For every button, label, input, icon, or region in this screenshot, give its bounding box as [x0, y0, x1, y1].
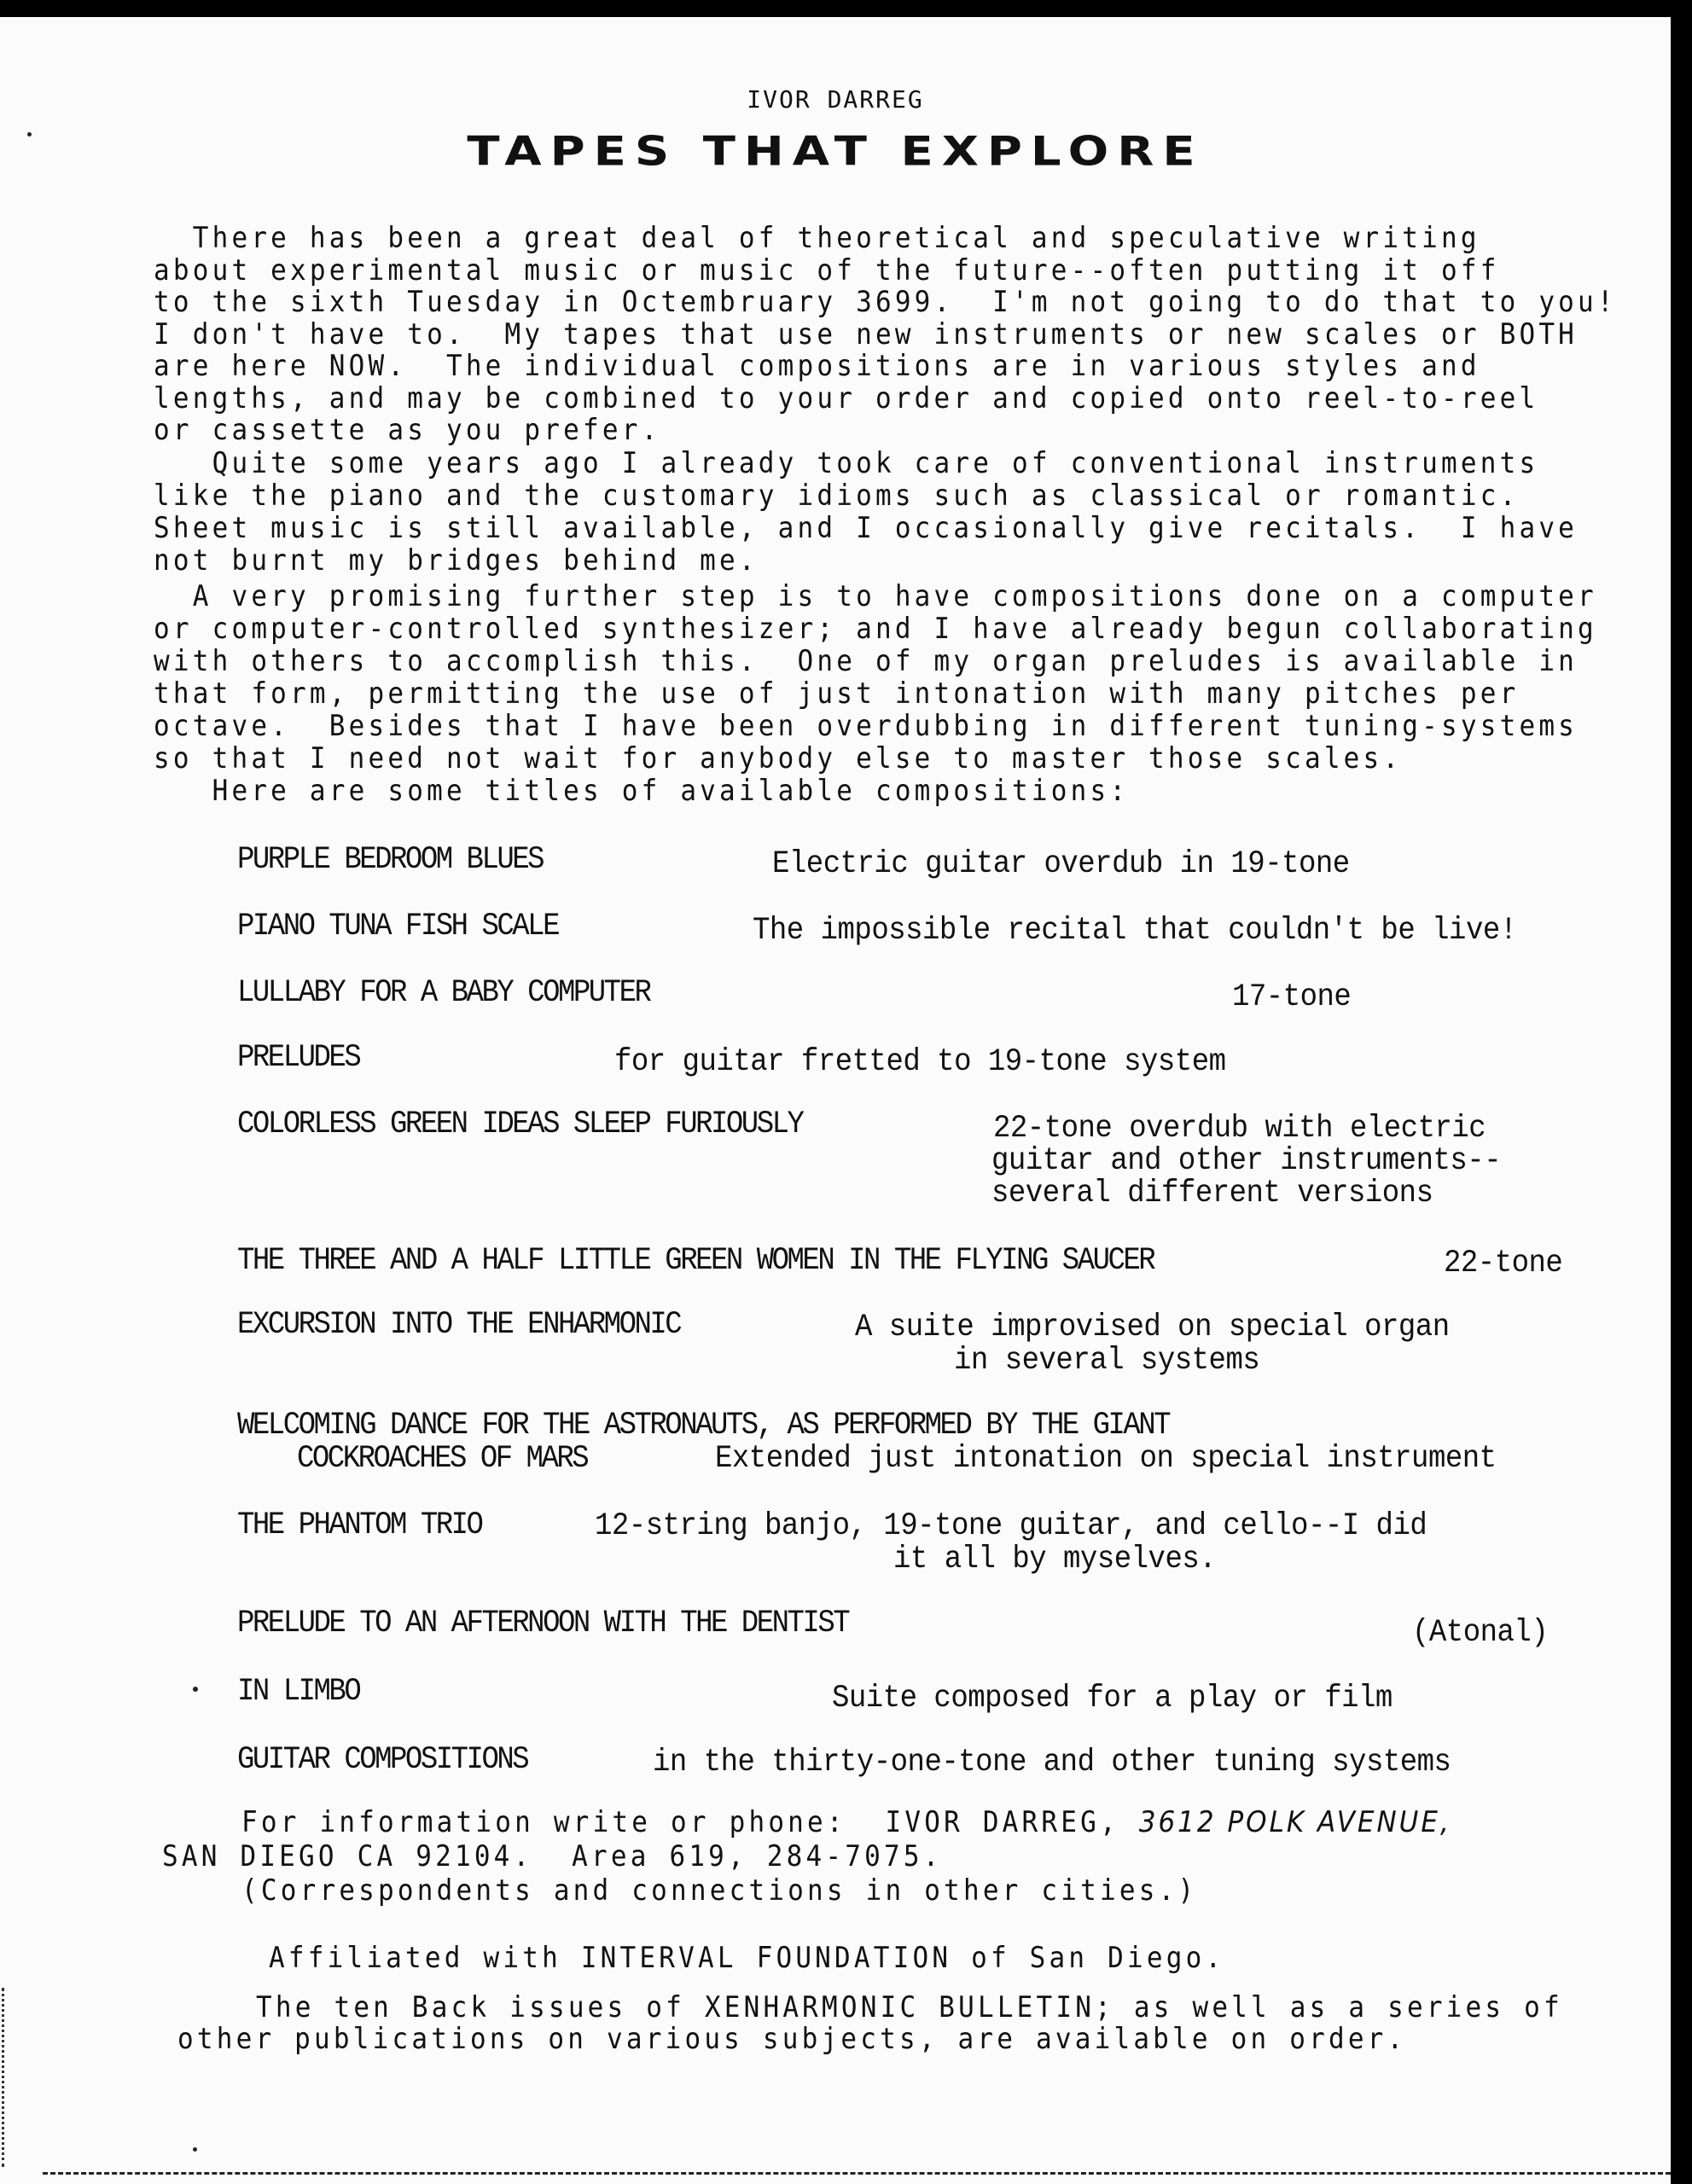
intro-line: about experimental music or music of the… — [154, 257, 1500, 285]
intro-line: not burnt my bridges behind me. — [154, 547, 759, 575]
intro-line: like the piano and the customary idioms … — [154, 482, 1519, 510]
intro-line: Sheet music is still available, and I oc… — [154, 514, 1578, 543]
composition-title: IN LIMBO — [237, 1676, 359, 1708]
composition-title: PRELUDE TO AN AFTERNOON WITH THE DENTIST — [237, 1608, 848, 1640]
page-bottom-rule — [43, 2172, 1671, 2175]
composition-description: (Atonal) — [1412, 1618, 1548, 1649]
intro-line: to the sixth Tuesday in Octembruary 3699… — [154, 288, 1617, 317]
intro-line: lengths, and may be combined to your ord… — [154, 385, 1538, 413]
composition-description: in several systems — [954, 1345, 1259, 1377]
composition-description: A suite improvised on special organ — [855, 1312, 1450, 1344]
composition-description: Electric guitar overdub in 19-tone — [772, 849, 1350, 880]
intro-line: are here NOW. The individual composition… — [154, 352, 1480, 380]
composition-description: several different versions — [991, 1178, 1433, 1210]
contact-typed: For information write or phone: IVOR DAR… — [241, 1806, 1139, 1839]
composition-description: in the thirty-one-tone and other tuning … — [653, 1747, 1451, 1779]
handwritten-address: 3612 POLK AVENUE, — [1139, 1806, 1451, 1839]
scan-top-border — [0, 0, 1692, 17]
composition-description: guitar and other instruments-- — [991, 1146, 1501, 1177]
scan-right-border — [1671, 0, 1692, 2184]
affiliation-line: Affiliated with INTERVAL FOUNDATION of S… — [269, 1944, 1224, 1972]
intro-line: There has been a great deal of theoretic… — [154, 224, 1480, 253]
contact-line: SAN DIEGO CA 92104. Area 619, 284-7075. — [162, 1843, 943, 1871]
composition-title: EXCURSION INTO THE ENHARMONIC — [237, 1310, 680, 1341]
intro-line: A very promising further step is to have… — [154, 583, 1597, 611]
composition-title: COLORLESS GREEN IDEAS SLEEP FURIOUSLY — [237, 1109, 802, 1141]
intro-line: with others to accomplish this. One of m… — [154, 648, 1578, 676]
intro-line: or cassette as you prefer. — [154, 416, 660, 444]
composition-description: Extended just intonation on special inst… — [715, 1443, 1497, 1475]
composition-title: PURPLE BEDROOM BLUES — [237, 845, 543, 876]
intro-line: Quite some years ago I already took care… — [154, 450, 1538, 478]
contact-line: (Correspondents and connections in other… — [241, 1877, 1197, 1905]
composition-description: 22-tone — [1444, 1248, 1562, 1280]
composition-title: THE PHANTOM TRIO — [237, 1510, 481, 1542]
page-title: TAPES THAT EXPLORE — [0, 128, 1671, 175]
composition-description: 17-tone — [1232, 982, 1351, 1014]
composition-title-continued: COCKROACHES OF MARS — [297, 1443, 587, 1475]
composition-title: WELCOMING DANCE FOR THE ASTRONAUTS, AS P… — [237, 1410, 1169, 1442]
composition-title: PRELUDES — [237, 1043, 359, 1074]
composition-description: for guitar fretted to 19-tone system — [614, 1047, 1226, 1078]
bullet-mark — [193, 1687, 198, 1692]
composition-title: THE THREE AND A HALF LITTLE GREEN WOMEN … — [237, 1246, 1154, 1277]
composition-description: 22-tone overdub with electric — [993, 1113, 1486, 1145]
composition-description: Suite composed for a play or film — [832, 1683, 1393, 1715]
composition-description: it all by myselves. — [893, 1544, 1216, 1576]
intro-line: that form, permitting the use of just in… — [154, 680, 1519, 708]
composition-description: 12-string banjo, 19-tone guitar, and cel… — [595, 1511, 1427, 1542]
backissues-line: other publications on various subjects, … — [177, 2025, 1406, 2053]
intro-line: Here are some titles of available compos… — [154, 777, 1129, 805]
composition-title: GUITAR COMPOSITIONS — [237, 1745, 527, 1776]
intro-line: octave. Besides that I have been overdub… — [154, 712, 1578, 741]
scan-speck — [193, 2147, 197, 2152]
author-name: IVOR DARREG — [0, 85, 1671, 113]
intro-line: so that I need not wait for anybody else… — [154, 745, 1402, 773]
contact-line: For information write or phone: IVOR DAR… — [241, 1809, 1451, 1837]
composition-title: PIANO TUNA FISH SCALE — [237, 911, 558, 943]
intro-line: or computer-controlled synthesizer; and … — [154, 615, 1597, 643]
scan-left-edge-marks — [2, 1988, 4, 2167]
composition-description: The impossible recital that couldn't be … — [753, 915, 1517, 947]
backissues-line: The ten Back issues of XENHARMONIC BULLE… — [256, 1994, 1563, 2022]
intro-line: I don't have to. My tapes that use new i… — [154, 321, 1578, 349]
composition-title: LULLABY FOR A BABY COMPUTER — [237, 978, 649, 1009]
